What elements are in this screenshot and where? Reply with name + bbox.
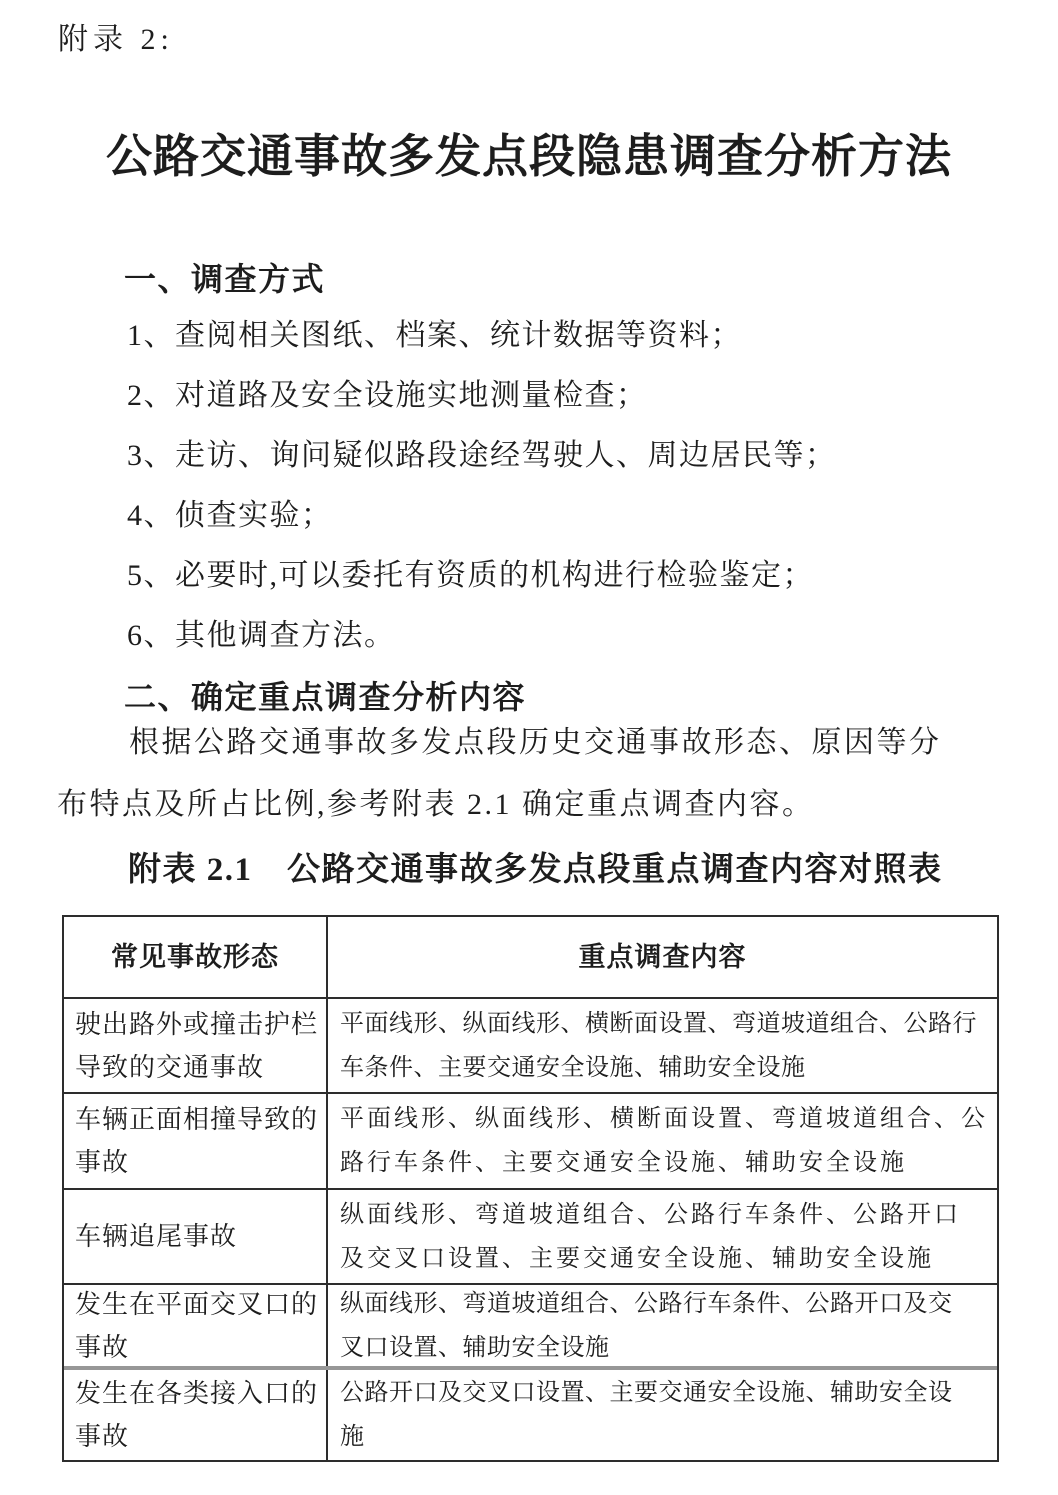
key-content-cell: 平面线形、纵面线形、横断面设置、弯道坡道组合、公 路行车条件、主要交通安全设施、…: [328, 1094, 997, 1188]
col-header-key-content: 重点调查内容: [328, 917, 997, 997]
table-caption: 附表 2.1 公路交通事故多发点段重点调查内容对照表: [128, 850, 943, 890]
key-content-cell: 纵面线形、弯道坡道组合、公路行车条件、公路开口及交 叉口设置、辅助安全设施: [328, 1285, 997, 1366]
accident-form-cell: 车辆追尾事故: [64, 1190, 328, 1283]
table-row: 发生在各类接入口的 事故 公路开口及交叉口设置、主要交通安全设施、辅助安全设 施: [64, 1370, 997, 1460]
investigation-method-item-5: 5、必要时,可以委托有资质的机构进行检验鉴定；: [127, 546, 837, 606]
investigation-method-item-2: 2、对道路及安全设施实地测量检查；: [127, 366, 837, 426]
section-heading-investigation-methods: 一、调查方式: [124, 254, 325, 300]
key-content-cell: 公路开口及交叉口设置、主要交通安全设施、辅助安全设 施: [328, 1370, 997, 1460]
investigation-method-item-6: 6、其他调查方法。: [127, 606, 837, 666]
key-content-cell: 纵面线形、弯道坡道组合、公路行车条件、公路开口 及交叉口设置、主要交通安全设施、…: [328, 1190, 997, 1283]
accident-form-cell: 驶出路外或撞击护栏 导致的交通事故: [64, 999, 328, 1092]
accident-form-cell: 车辆正面相撞导致的 事故: [64, 1094, 328, 1188]
accident-form-cell: 发生在平面交叉口的 事故: [64, 1285, 328, 1366]
key-content-comparison-table: 常见事故形态 重点调查内容 驶出路外或撞击护栏 导致的交通事故 平面线形、纵面线…: [62, 915, 999, 1462]
table-row: 驶出路外或撞击护栏 导致的交通事故 平面线形、纵面线形、横断面设置、弯道坡道组合…: [64, 999, 997, 1094]
intro-paragraph: 根据公路交通事故多发点段历史交通事故形态、原因等分 布特点及所占比例,参考附表 …: [57, 712, 1003, 836]
document-title: 公路交通事故多发点段隐患调查分析方法: [0, 120, 1058, 186]
appendix-label: 附录 2:: [58, 14, 174, 58]
key-content-cell: 平面线形、纵面线形、横断面设置、弯道坡道组合、公路行 车条件、主要交通安全设施、…: [328, 999, 997, 1092]
table-header-row: 常见事故形态 重点调查内容: [64, 917, 997, 999]
table-row: 车辆正面相撞导致的 事故 平面线形、纵面线形、横断面设置、弯道坡道组合、公 路行…: [64, 1094, 997, 1190]
col-header-accident-form: 常见事故形态: [64, 917, 328, 997]
investigation-method-item-3: 3、走访、询问疑似路段途经驾驶人、周边居民等；: [127, 426, 837, 486]
investigation-method-list: 1、查阅相关图纸、档案、统计数据等资料； 2、对道路及安全设施实地测量检查； 3…: [127, 306, 837, 666]
table-row: 发生在平面交叉口的 事故 纵面线形、弯道坡道组合、公路行车条件、公路开口及交 叉…: [64, 1285, 997, 1370]
table-row: 车辆追尾事故 纵面线形、弯道坡道组合、公路行车条件、公路开口 及交叉口设置、主要…: [64, 1190, 997, 1285]
investigation-method-item-1: 1、查阅相关图纸、档案、统计数据等资料；: [127, 306, 837, 366]
investigation-method-item-4: 4、侦查实验；: [127, 486, 837, 546]
accident-form-cell: 发生在各类接入口的 事故: [64, 1370, 328, 1460]
document-page: 附录 2: 公路交通事故多发点段隐患调查分析方法 一、调查方式 1、查阅相关图纸…: [0, 0, 1058, 1495]
